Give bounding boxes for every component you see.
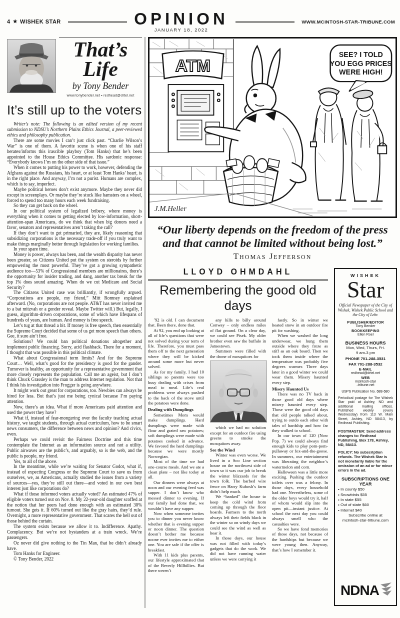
title-line1: That’s — [59, 41, 142, 60]
issue-date: JANUARY 18, 2022 — [134, 28, 228, 34]
section-title: OPINION — [134, 11, 228, 27]
omdahl-column: LLOYD OHMDAHL Remembering the good old d… — [148, 268, 328, 573]
column-title: That’s Life — [59, 41, 142, 80]
folio-left: 4 ★ WISHEK STAR — [7, 19, 61, 25]
tony-bender-photo — [7, 39, 56, 93]
quote-attribution: Thomas Jefferson — [148, 252, 397, 262]
masthead-line: POSTMASTER: Send address changes to: Red… — [338, 429, 393, 447]
column-title-block: That’s Life by Tony Bender www.tonybende… — [59, 37, 142, 98]
cartoon-drawing: ATM — [150, 39, 396, 217]
paragraph: Perhaps we could revisit the Fairness Do… — [7, 438, 142, 460]
paragraph: Winter was even worse. We lived in a Soo… — [210, 453, 266, 495]
paragraph: Writer’s note: The following is an edite… — [7, 122, 142, 138]
masthead-lines: WISHEKStarOfficial Newspaper of the City… — [338, 273, 393, 523]
omdahl-col3: fastly. So in winter we heated snow in a… — [272, 318, 328, 574]
masthead-line: Ellen Roel — [338, 333, 393, 337]
masthead-line: Periodical postage for The Wishek Star p… — [338, 396, 393, 425]
section-block: OPINION JANUARY 18, 2022 — [134, 11, 228, 33]
paragraph: Let’s tug at that thread a bit. If money… — [7, 323, 142, 339]
paragraph: In the meantime, while we’re waiting for… — [7, 465, 142, 492]
header-rule-left — [68, 22, 127, 23]
quote-line1: “Our liberty depends on the freedom of t… — [148, 223, 397, 237]
paragraph: What about Congressional term limits? An… — [7, 356, 142, 389]
paragraph: If they don’t want to get primaried, the… — [7, 231, 142, 247]
cartoonist-signature: J.M.Heller — [154, 204, 186, 213]
masthead-line: Official Newspaper of the City of Wishek… — [338, 303, 393, 317]
paragraph: At 92, you end up looking at all of life… — [148, 328, 204, 370]
ndna-logo: NDNA — [338, 579, 393, 602]
page-header: 4 ★ WISHEK STAR OPINION JANUARY 18, 2022… — [7, 11, 395, 33]
paragraph: © Tony Bender, 2022 — [7, 557, 142, 562]
atm-sign: ATM — [162, 51, 223, 79]
paragraph: In those days, our house was not filled … — [210, 536, 266, 562]
editorial-cartoon: ATM — [148, 37, 397, 218]
omdahl-photo — [210, 361, 267, 423]
paragraph: ’92 is old. I can document that. Been th… — [148, 318, 204, 328]
masthead-line: -tribune.net — [338, 383, 393, 387]
paragraph: When we washed the long underwear, we hu… — [272, 333, 328, 385]
paragraph: Halloween was a little more exciting. Pu… — [272, 469, 328, 526]
paragraph: Maybe political heroes don’t exist anymo… — [7, 187, 142, 203]
masthead-line: PHONE 701-288-3531 — [338, 356, 393, 361]
paragraph: The system exists because we allow it to… — [7, 525, 142, 541]
paragraph: Sometimes Mom would make dumplings. Hard… — [148, 412, 204, 459]
omdahl-col2: any hills to billy around Conway – only … — [210, 318, 266, 574]
column-byline: by Tony Bender — [59, 81, 142, 92]
paragraph: As for my family, I had 10 siblings so p… — [148, 369, 204, 405]
paragraph: What if those informed voters actually v… — [7, 492, 142, 525]
paragraph: What if, instead of fear-mongering over … — [7, 416, 142, 438]
quote-line2: and that cannot be limited without being… — [148, 237, 397, 251]
paragraph: In our town of 120 (Now Pop. 7) we could… — [272, 433, 328, 469]
speech-line1: SEE? I TOLD — [339, 51, 383, 59]
paragraph: We “banked” the house to keep the cold w… — [210, 494, 266, 536]
paragraph: Oz never did give nothing to the Tin Man… — [7, 541, 142, 552]
ndna-eagle-icon — [381, 583, 392, 596]
paragraph: In our political system of legalized bri… — [7, 209, 142, 231]
masthead-box: WISHEKStarOfficial Newspaper of the City… — [334, 268, 397, 606]
paragraph: Summers were filled with the drone of mo… — [210, 349, 266, 359]
article-headline: It’s still up to the voters — [7, 103, 142, 119]
paragraph: There are some movies I can’t just click… — [7, 138, 142, 165]
article-body: Writer’s note: The following is an edite… — [7, 122, 142, 562]
omdahl-col1: ’92 is old. I can document that. Been th… — [148, 318, 204, 574]
paragraph: There was no TV back in those good old d… — [272, 392, 328, 434]
masthead-line: redhead@drtel.net — [338, 371, 393, 375]
pull-quote: “Our liberty depends on the freedom of t… — [148, 223, 397, 262]
title-line2: Life — [59, 60, 142, 79]
masthead-line: Tony Bender — [338, 324, 393, 328]
masthead-line: Star — [338, 279, 393, 302]
speech-line2: YOU EGG PRICES — [330, 60, 392, 68]
omdahl-rule — [148, 280, 328, 281]
atm-machine — [168, 85, 223, 152]
paragraph: So we have fond memories of those days, … — [272, 527, 328, 553]
masthead-line: FAX 701-288-3532 — [338, 362, 393, 367]
column-divider — [145, 37, 146, 608]
masthead-line: SUBSCRIPTIONS ONE YEAR — [338, 476, 393, 487]
masthead-line: USPS Publication No. 688-680 — [338, 390, 393, 394]
website-url: WWW.MCINTOSH-STAR-TRIBUNE.COM — [302, 19, 395, 25]
ndna-text: NDNA — [341, 582, 380, 598]
masthead-line: mcintosh-star-tribune.com — [338, 518, 393, 523]
masthead-line: 9 am-3 pm — [338, 350, 393, 355]
paper-name: WISHEK STAR — [20, 19, 61, 25]
paragraph: When it comes to putting his power to wo… — [7, 166, 142, 188]
masthead-line: POLICY: No subscription refunds. The Wis… — [338, 450, 393, 473]
paragraph: Now when someone invites you to dinner y… — [148, 511, 204, 553]
paragraph: fastly. So in winter we heated snow in a… — [272, 318, 328, 334]
star-icon: ★ — [13, 19, 18, 25]
header-rule-right — [235, 22, 294, 23]
newspaper-page: 4 ★ WISHEK STAR OPINION JANUARY 18, 2022… — [0, 0, 400, 618]
paragraph: which we had no solution except for an o… — [210, 425, 266, 446]
column-contact: www.tonybender.net • redhead@drtel.net — [59, 94, 142, 98]
paragraph: any hills to billy around Conway – only … — [210, 318, 266, 349]
paragraph: Our dinners were always at noon and our … — [148, 480, 204, 511]
paragraph: Now, there’s an idea. What if more Ameri… — [7, 405, 142, 416]
atm-label: ATM — [175, 57, 210, 76]
paragraph: Solutions? We could ban political donati… — [7, 340, 142, 356]
paragraph: The Citizens United case was brilliantly… — [7, 291, 142, 324]
paragraph: Money is power, always has been, and the… — [7, 253, 142, 291]
paragraph: It might work out great for corporations… — [7, 389, 142, 405]
omdahl-text-columns: ’92 is old. I can document that. Been th… — [148, 318, 328, 574]
paragraph: Most of the time we had one-course meals… — [148, 459, 204, 480]
column-header: That’s Life by Tony Bender www.tonybende… — [7, 37, 142, 98]
thats-life-column: That’s Life by Tony Bender www.tonybende… — [7, 37, 142, 563]
omdahl-headline: Remembering the good old days — [148, 283, 328, 314]
speech-line3: WERE HIGH! — [339, 69, 383, 77]
omdahl-author: LLOYD OHMDAHL — [148, 268, 328, 277]
page-number: 4 — [7, 19, 10, 25]
paragraph: With 11 kids plus parents, our lifestyle… — [148, 552, 204, 573]
